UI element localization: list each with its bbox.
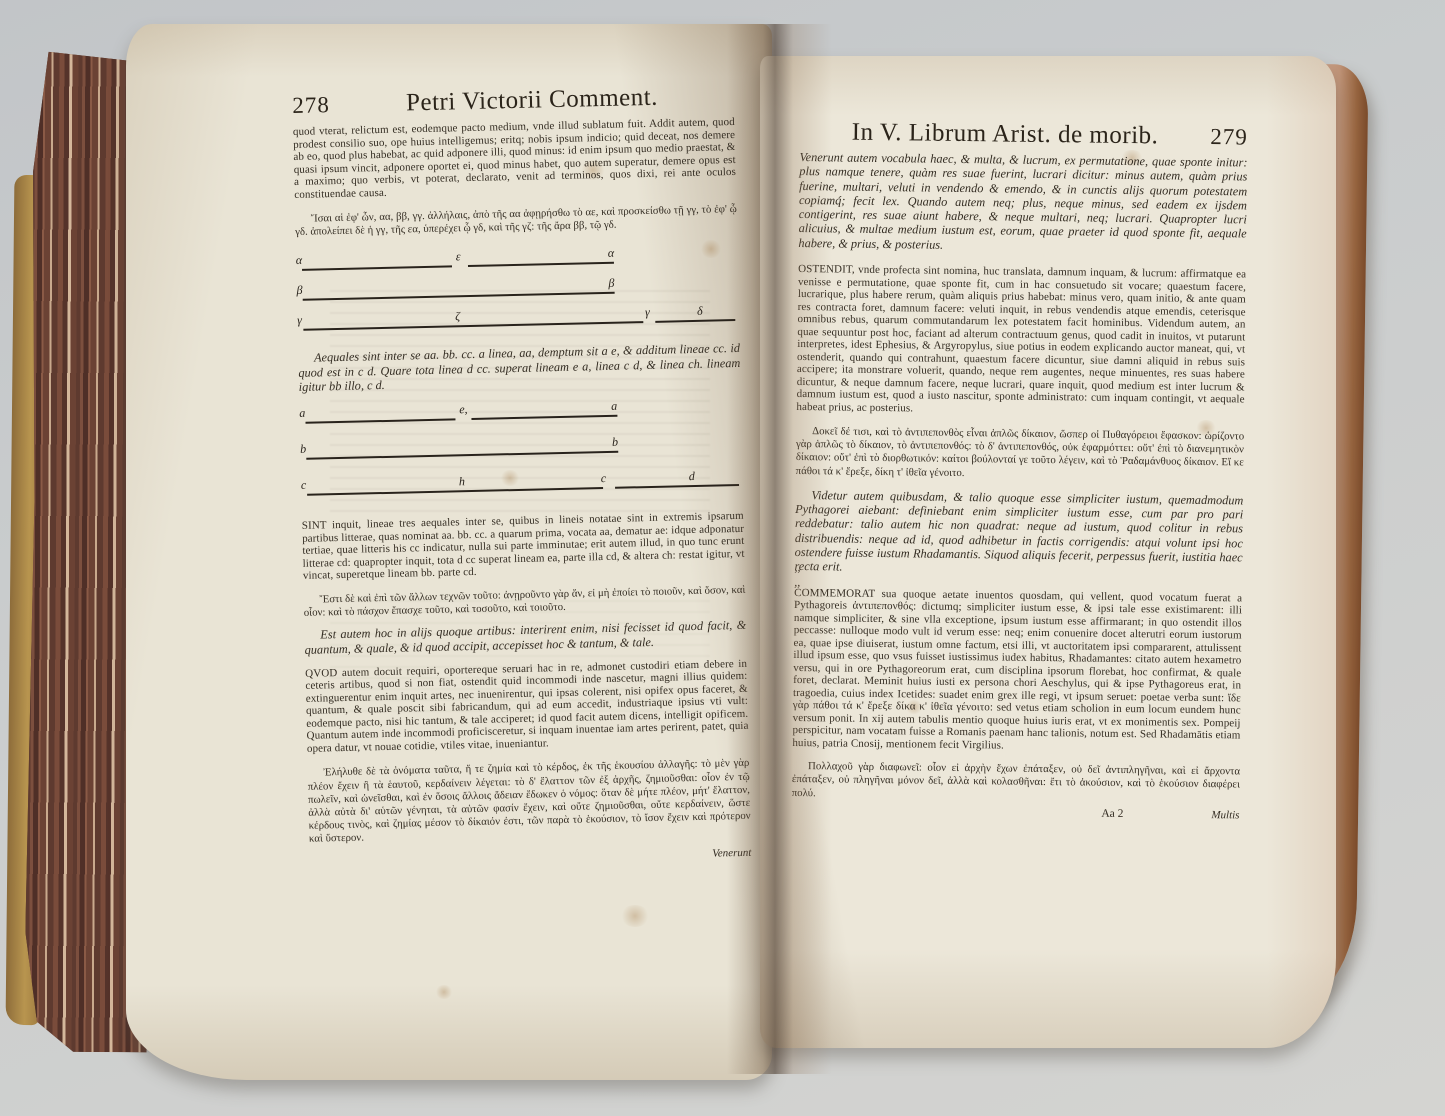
- diagram-label: ζ: [455, 310, 460, 325]
- paragraph-videtur-text: Videtur autem quibusdam, & talio quoque …: [794, 488, 1243, 574]
- diagram-label: α: [608, 246, 615, 261]
- diagram-label: α: [296, 253, 303, 268]
- margin-quote-mark: ,,: [778, 575, 800, 590]
- paragraph-sint: SINT inquit, lineae tres aequales inter …: [302, 510, 745, 583]
- left-page-text-column: 278 Petri Victorii Comment. quod vterat,…: [292, 82, 752, 868]
- diagram-label: h: [459, 474, 465, 489]
- diagram-line: [468, 262, 614, 267]
- left-page-number: 278: [292, 92, 330, 119]
- diagram-line: [302, 266, 452, 271]
- margin-quote-mark: ,,: [778, 560, 800, 575]
- diagram-label: γ: [645, 305, 650, 320]
- paragraph-venerunt: Venerunt autem vocabula haec, & multa, &…: [798, 150, 1247, 256]
- diagram-label: a: [611, 399, 617, 414]
- diagram-label: e,: [459, 402, 468, 417]
- diagram-label: c: [601, 471, 607, 486]
- diagram-line: [305, 419, 455, 424]
- line-diagram-latin: a e, a b b c h c d: [299, 396, 743, 514]
- diagram-label: b: [612, 435, 618, 450]
- diagram-label: c: [301, 478, 307, 493]
- greek-passage-pollachou: Πολλαχοῦ γὰρ διαφωνεῖ: οἷον εἰ ἀρχὴν ἔχω…: [792, 760, 1240, 805]
- catchword: Multis: [1211, 809, 1239, 821]
- right-page-text-column: In V. Librum Arist. de morib. 279 Veneru…: [791, 118, 1247, 821]
- diagram-line: [306, 451, 618, 460]
- greek-passage-elelythe: Ἐλήλυθε δὲ τὰ ὀνόματα ταῦτα, ἥ τε ζημία …: [307, 757, 751, 846]
- gathering-signature: Aa 2: [1101, 808, 1123, 820]
- diagram-label: d: [689, 469, 695, 484]
- right-page-number: 279: [1210, 124, 1248, 150]
- greek-passage-dokei: Δοκεῖ δέ τισι, καὶ τὸ ἀντιπεπονθὸς εἶναι…: [796, 425, 1245, 483]
- paragraph-ostendit: OSTENDIT, vnde profecta sint nomina, huc…: [796, 263, 1246, 418]
- right-running-head: In V. Librum Arist. de morib. 279: [800, 118, 1248, 151]
- paragraph-intro: quod vterat, relictum est, eodemque pact…: [293, 116, 737, 201]
- paragraph-quod: QVOD autem docuit requiri, oportereque s…: [305, 658, 749, 756]
- right-running-title: In V. Librum Arist. de morib.: [800, 118, 1211, 151]
- diagram-line: [303, 321, 643, 331]
- line-diagram-greek: α ε α β β γ ζ γ δ: [296, 243, 740, 343]
- diagram-label: a: [299, 406, 305, 421]
- diagram-line: [655, 319, 735, 323]
- paragraph-aequales: Aequales sint inter se aa. bb. cc. a lin…: [298, 341, 741, 394]
- diagram-line: [471, 415, 617, 420]
- diagram-label: b: [300, 442, 306, 457]
- diagram-label: β: [296, 283, 302, 298]
- diagram-label: γ: [297, 313, 302, 328]
- diagram-line: [303, 292, 615, 301]
- diagram-line: [615, 484, 739, 489]
- paragraph-videtur: ,, ,, Videtur autem quibusdam, & talio q…: [794, 488, 1243, 579]
- paragraph-commemorat: COMMEMORAT sua quoque aetate inuentos qu…: [792, 587, 1242, 755]
- diagram-line: [307, 487, 603, 496]
- diagram-label: ε: [456, 250, 461, 265]
- diagram-label: β: [608, 276, 614, 291]
- greek-passage-isai: Ἴσαι αἱ ἐφ' ὧν, αα, ββ, γγ. ἀλλήλαις, ἀπ…: [295, 203, 737, 239]
- greek-passage-esti: Ἔστι δὲ καὶ ἐπὶ τῶν ἄλλων τεχνῶν τοῦτο: …: [303, 584, 745, 620]
- paragraph-est-autem: Est autem hoc in alijs quoque artibus: i…: [304, 618, 747, 657]
- diagram-label: δ: [697, 304, 703, 319]
